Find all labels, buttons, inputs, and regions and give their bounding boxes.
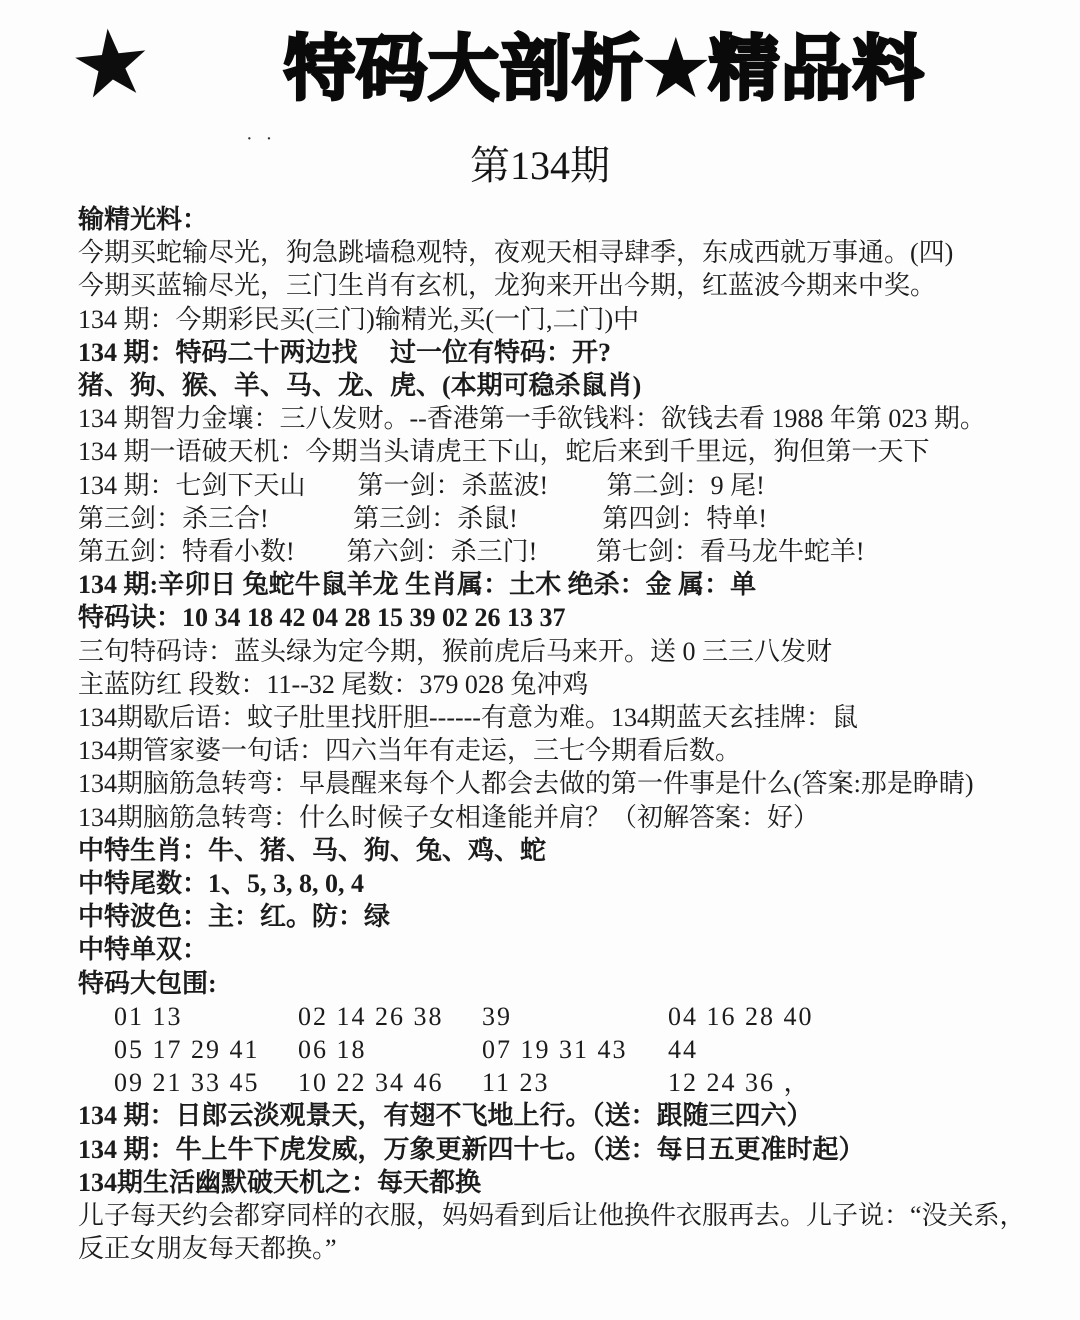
text-line: 134 期智力金壤：三八发财。--香港第一手欲钱料：欲钱去看 1988 年第 0…	[78, 402, 1058, 435]
text-line: 134 期：牛上牛下虎发威，万象更新四十七。（送：每日五更准时起）	[78, 1133, 1058, 1166]
text-line: 反正女朋友每天都换。”	[78, 1232, 1058, 1265]
page-title: 特码大剖析★精品料	[284, 26, 925, 112]
number-cell: 05 17 29 41	[114, 1033, 298, 1066]
number-cell: 10 22 34 46	[298, 1066, 482, 1099]
text-line: 主蓝防红 段数：11--32 尾数：379 028 兔冲鸡	[78, 668, 1058, 701]
text-line: 中特尾数：1、5, 3, 8, 0, 4	[78, 867, 1058, 900]
text-line: 猪、狗、猴、羊、马、龙、虎、(本期可稳杀鼠肖)	[78, 369, 1058, 402]
number-cell: 09 21 33 45	[114, 1066, 298, 1099]
text-line: 134 期一语破天机：今期当头请虎王下山，蛇后来到千里远，狗但第一天下	[78, 435, 1058, 468]
text-line: 134 期：今期彩民买(三门)输精光,买(一门,二门)中	[78, 303, 1058, 336]
number-cell: 02 14 26 38	[298, 1000, 482, 1033]
tip-sheet-page: ★ 特码大剖析★精品料 · · 第134期 输精光料： 今期买蛇输尽光，狗急跳墙…	[0, 0, 1080, 1320]
number-cell: 01 13	[114, 1000, 298, 1033]
star-icon: ★	[65, 14, 157, 114]
number-cell: 04 16 28 40	[668, 1000, 1058, 1033]
number-grid-row: 01 13 02 14 26 38 39 04 16 28 40	[78, 1000, 1058, 1033]
text-line: 今期买蛇输尽光，狗急跳墙稳观特，夜观天相寻肆季，东成西就万事通。(四)	[78, 236, 1058, 269]
issue-number: 第134期	[0, 140, 1080, 192]
text-line: 134期歇后语：蚊子肚里找肝胆------有意为难。134期蓝天玄挂牌：鼠	[78, 701, 1058, 734]
text-line: 134期脑筋急转弯：早晨醒来每个人都会去做的第一件事是什么(答案:那是睁睛)	[78, 767, 1058, 800]
text-line: 儿子每天约会都穿同样的衣服，妈妈看到后让他换件衣服再去。儿子说：“没关系，	[78, 1199, 1058, 1232]
text-line: 第三剑：杀三合! 第三剑：杀鼠! 第四剑：特单!	[78, 502, 1058, 535]
text-line: 中特波色：主：红。防：绿	[78, 900, 1058, 933]
number-grid-row: 05 17 29 41 06 18 07 19 31 43 44	[78, 1033, 1058, 1066]
body-text: 输精光料： 今期买蛇输尽光，狗急跳墙稳观特，夜观天相寻肆季，东成西就万事通。(四…	[78, 203, 1058, 1266]
number-cell: 11 23	[482, 1066, 668, 1099]
number-cell: 44	[668, 1033, 1058, 1066]
text-line: 134 期：七剑下天山 第一剑：杀蓝波! 第二剑：9 尾!	[78, 469, 1058, 502]
text-line: 三句特码诗：蓝头绿为定今期，猴前虎后马来开。送 0 三三八发财	[78, 635, 1058, 668]
text-line: 134期管家婆一句话：四六当年有走运，三七今期看后数。	[78, 734, 1058, 767]
text-line: 第五剑：特看小数! 第六剑：杀三门! 第七剑：看马龙牛蛇羊!	[78, 535, 1058, 568]
number-cell: 12 24 36 ，	[668, 1066, 1058, 1099]
text-line: 134 期：特码二十两边找 过一位有特码：开?	[78, 336, 1058, 369]
text-line: 特码诀：10 34 18 42 04 28 15 39 02 26 13 37	[78, 601, 1058, 634]
number-cell: 07 19 31 43	[482, 1033, 668, 1066]
text-line: 输精光料：	[78, 203, 1058, 236]
number-cell: 39	[482, 1000, 668, 1033]
text-line: 134期脑筋急转弯：什么时候子女相逢能并肩？（初解答案：好）	[78, 801, 1058, 834]
number-grid: 01 13 02 14 26 38 39 04 16 28 40 05 17 2…	[78, 1000, 1058, 1100]
text-line: 134 期:辛卯日 兔蛇牛鼠羊龙 生肖属：土木 绝杀：金 属：单	[78, 568, 1058, 601]
text-line: 特码大包围:	[78, 967, 1058, 1000]
text-line: 今期买蓝输尽光，三门生肖有玄机，龙狗来开出今期，红蓝波今期来中奖。	[78, 269, 1058, 302]
text-line: 134 期：日郎云淡观景天，有翅不飞地上行。（送：跟随三四六）	[78, 1099, 1058, 1132]
number-grid-row: 09 21 33 45 10 22 34 46 11 23 12 24 36 ，	[78, 1066, 1058, 1099]
number-cell: 06 18	[298, 1033, 482, 1066]
text-line: 中特单双：	[78, 933, 1058, 966]
text-line: 134期生活幽默破天机之：每天都换	[78, 1166, 1058, 1199]
text-line: 中特生肖：牛、猪、马、狗、兔、鸡、蛇	[78, 834, 1058, 867]
